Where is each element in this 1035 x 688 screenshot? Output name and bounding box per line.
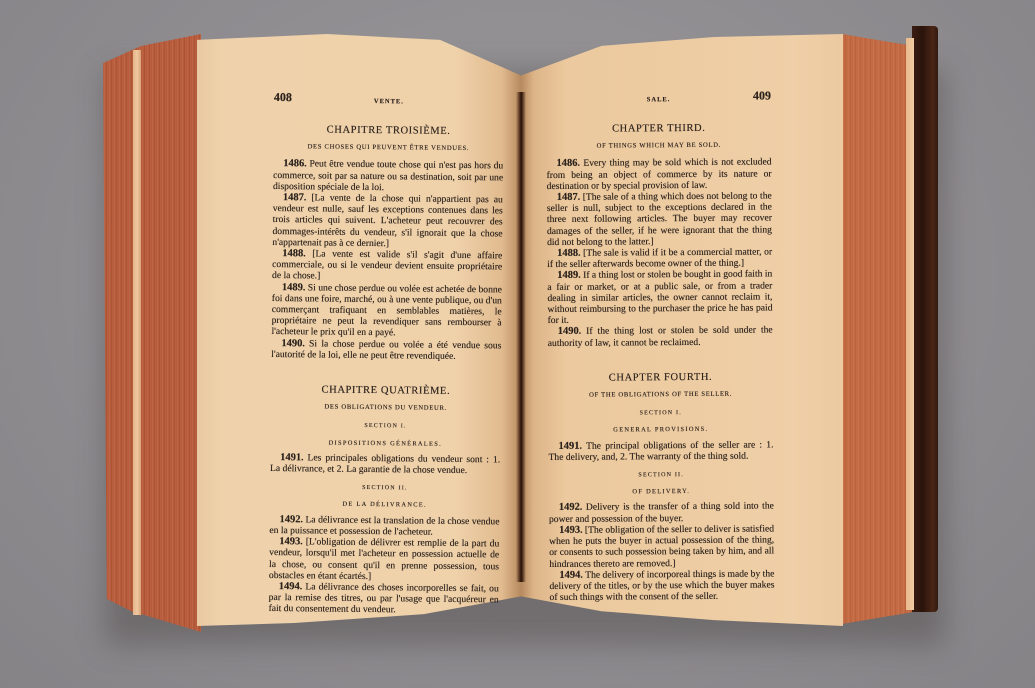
right-head-word: SALE. — [546, 93, 771, 106]
right-fore-edge — [842, 34, 912, 624]
right-page-strip — [906, 38, 914, 610]
chapter-subtitle: OF THE OBLIGATIONS OF THE SELLER. — [548, 388, 773, 401]
article-number: 1492 — [559, 502, 580, 513]
section-title: SECTION I. — [548, 408, 773, 421]
right-page-number: 409 — [753, 90, 771, 101]
article-number: 1494 — [559, 569, 580, 580]
article-number: 1491 — [280, 452, 301, 463]
article-number: 1487 — [557, 192, 578, 203]
article-number: 1490 — [281, 338, 302, 349]
article: 1486. Every thing may be sold which is n… — [546, 157, 771, 192]
chapter-title: CHAPITRE TROISIÈME. — [274, 124, 504, 138]
article: 1486. Peut être vendue toute chose qui n… — [273, 158, 503, 194]
chapter-subtitle: DES CHOSES QUI PEUVENT ÊTRE VENDUES. — [273, 141, 503, 155]
article-number: 1488 — [557, 248, 578, 259]
article: 1494. La délivrance des choses incorpore… — [269, 581, 499, 617]
section-subtitle: GENERAL PROVISIONS. — [548, 424, 773, 437]
article-number: 1487 — [283, 192, 304, 203]
section-title: SECTION II. — [270, 482, 500, 496]
article: 1491. The principal obligations of the s… — [548, 439, 773, 463]
article: 1487. [La vente de la chose qui n'appart… — [272, 192, 503, 250]
article: 1491. Les principales obligations du ven… — [270, 452, 500, 477]
section-title: SECTION II. — [549, 469, 774, 482]
article: 1490. If the thing lost or stolen be sol… — [548, 325, 773, 349]
chapter-title: CHAPITRE QUATRIÈME. — [271, 384, 501, 398]
article: 1493. [The obligation of the seller to d… — [549, 523, 774, 569]
left-running-head: 408 VENTE. — [274, 92, 504, 116]
photo-scene: 408 VENTE. CHAPITRE TROISIÈME. DES CHOSE… — [0, 0, 1035, 688]
article: 1489. Si une chose perdue ou volée est a… — [271, 282, 502, 340]
article-number: 1491 — [558, 440, 579, 451]
article-number: 1488 — [282, 248, 303, 259]
article: 1488. [La vente est valide s'il s'agit d… — [272, 248, 502, 284]
article-number: 1493 — [559, 525, 580, 536]
section-subtitle: DE LA DÉLIVRANCE. — [270, 498, 500, 512]
chapter-subtitle: DES OBLIGATIONS DU VENDEUR. — [271, 401, 501, 415]
left-fore-edge-inner — [141, 34, 201, 632]
left-page-text: 408 VENTE. CHAPITRE TROISIÈME. DES CHOSE… — [269, 92, 504, 617]
book-gutter — [516, 92, 526, 582]
article: 1494. The delivery of incorporeal things… — [549, 568, 774, 603]
right-page-text: SALE. 409 CHAPTER THIRD. OF THINGS WHICH… — [546, 90, 775, 603]
chapter-title: CHAPTER THIRD. — [546, 122, 771, 135]
article-number: 1490 — [558, 326, 579, 337]
chapter-title: CHAPTER FOURTH. — [548, 371, 773, 384]
article: 1488. [The sale is valid if it be a comm… — [547, 246, 772, 270]
section-subtitle: OF DELIVERY. — [549, 486, 774, 499]
article-number: 1486 — [283, 159, 304, 170]
article: 1487. [The sale of a thing which does no… — [547, 190, 772, 248]
article-number: 1489 — [282, 282, 303, 293]
section-title: SECTION I. — [270, 420, 500, 434]
section-subtitle: DISPOSITIONS GÉNÉRALES. — [270, 437, 500, 451]
right-running-head: SALE. 409 — [546, 90, 771, 114]
left-page-strip — [133, 50, 141, 615]
article: 1492. Delivery is the transfer of a thin… — [549, 501, 774, 525]
article: 1492. La délivrance est la translation d… — [269, 514, 499, 539]
article-number: 1489 — [557, 270, 578, 281]
article-number: 1492 — [279, 514, 300, 525]
article-number: 1493 — [279, 536, 300, 547]
article: 1493. [L'obligation de délivrer est remp… — [269, 536, 499, 583]
book-cover-right — [912, 26, 938, 612]
chapter-subtitle: OF THINGS WHICH MAY BE SOLD. — [546, 140, 771, 153]
article-number: 1494 — [279, 581, 300, 592]
left-head-word: VENTE. — [274, 95, 504, 109]
article: 1489. If a thing lost or stolen be bough… — [547, 269, 772, 327]
article: 1490. Si la chose perdue ou volée a été … — [271, 338, 501, 363]
article-number: 1486 — [556, 158, 577, 169]
